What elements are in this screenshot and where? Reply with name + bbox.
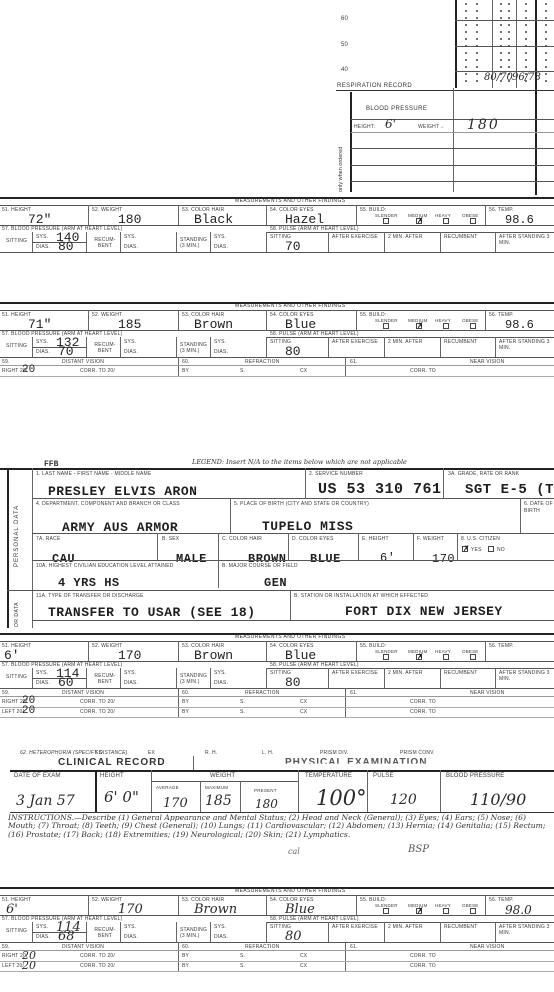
rule bbox=[266, 668, 554, 669]
right-vision-value: 20 bbox=[22, 364, 35, 376]
recumbent-label: RECUM-BENT bbox=[92, 927, 118, 939]
corr-label: CORR. TO 20/ bbox=[80, 963, 115, 969]
rule bbox=[384, 668, 385, 688]
section-title: MEASUREMENTS AND OTHER FINDINGS bbox=[235, 198, 345, 204]
height-value: 6' bbox=[385, 117, 396, 131]
chart-dot bbox=[465, 31, 467, 33]
rule bbox=[356, 641, 357, 661]
respiration-record-title: RESPIRATION RECORD bbox=[337, 83, 412, 89]
sys-label: SYS. bbox=[124, 234, 136, 240]
rule bbox=[495, 668, 496, 688]
color-hair-label: c. COLOR HAIR bbox=[222, 536, 262, 542]
rule bbox=[178, 688, 179, 717]
weight-header: WEIGHT bbox=[210, 773, 235, 779]
chart-mark: 96/78 bbox=[512, 72, 541, 83]
rule bbox=[266, 205, 267, 225]
rule bbox=[356, 895, 357, 915]
service-number-value: US 53 310 761 bbox=[318, 481, 442, 498]
rule bbox=[88, 641, 89, 661]
birthplace-label: 5. PLACE OF BIRTH (City and State or Cou… bbox=[234, 501, 369, 507]
chart-dot bbox=[508, 66, 510, 68]
es-label: ES bbox=[95, 750, 102, 756]
dias-label: DIAS. bbox=[124, 244, 138, 250]
chart-dot bbox=[465, 3, 467, 5]
build-checkbox-medium[interactable]: ✗ bbox=[416, 218, 422, 224]
sys-label: SYS. bbox=[36, 670, 48, 676]
rule bbox=[7, 468, 9, 628]
citizen-yes-checkbox[interactable]: ✗ bbox=[462, 546, 468, 552]
chart-dot bbox=[500, 31, 502, 33]
chart-dot bbox=[500, 59, 502, 61]
height-header: HEIGHT bbox=[100, 773, 124, 779]
chart-dot bbox=[508, 38, 510, 40]
rule bbox=[443, 468, 444, 498]
rule bbox=[210, 232, 211, 252]
chart-dot bbox=[500, 66, 502, 68]
station-value: FORT DIX NEW JERSEY bbox=[345, 604, 503, 619]
color-eyes-value: BLUE bbox=[310, 552, 341, 566]
build-checkbox-slender[interactable] bbox=[383, 654, 389, 660]
rule bbox=[178, 942, 179, 971]
build-checkbox-heavy[interactable] bbox=[443, 908, 449, 914]
rule bbox=[0, 365, 554, 366]
chart-gridline bbox=[455, 0, 457, 88]
rule bbox=[157, 533, 158, 560]
chart-dot bbox=[476, 45, 478, 47]
weight-value: 180 bbox=[467, 117, 500, 133]
sitting-label: SITTING bbox=[6, 674, 27, 680]
by-label: BY bbox=[182, 963, 189, 969]
sys-label: SYS. bbox=[36, 234, 48, 240]
present-value: 180 bbox=[255, 797, 278, 811]
rule bbox=[0, 688, 554, 689]
rule bbox=[351, 132, 554, 133]
recumbent-pulse-label: RECUMBENT bbox=[444, 339, 477, 345]
rule bbox=[210, 668, 211, 688]
rule bbox=[266, 668, 267, 688]
chart-dot bbox=[508, 45, 510, 47]
rule bbox=[520, 498, 521, 533]
rule bbox=[210, 922, 211, 942]
build-checkbox-obese[interactable] bbox=[470, 323, 476, 329]
rule bbox=[305, 468, 306, 498]
chart-dot bbox=[465, 45, 467, 47]
dias-label: DIAS. bbox=[124, 934, 138, 940]
recumbent-pulse-label: RECUMBENT bbox=[444, 234, 477, 240]
rule bbox=[495, 922, 496, 942]
cx-label: CX bbox=[300, 709, 307, 715]
s-label: S. bbox=[240, 953, 245, 959]
transfer-label: 11a. TYPE OF TRANSFER OR DISCHARGE bbox=[36, 593, 144, 599]
chart-dot bbox=[545, 59, 547, 61]
rule bbox=[384, 337, 385, 357]
y-tick-60: 60 bbox=[341, 16, 348, 22]
build-checkbox-slender[interactable] bbox=[383, 323, 389, 329]
ex-label: EX bbox=[148, 750, 155, 756]
rule bbox=[193, 756, 194, 770]
height-value: 6' bbox=[380, 551, 395, 565]
rule bbox=[495, 232, 496, 252]
department-label: 4. DEPARTMENT, COMPONENT AND BRANCH OR C… bbox=[36, 501, 206, 507]
build-checkbox-obese[interactable] bbox=[470, 654, 476, 660]
sys-label: SYS. bbox=[214, 234, 226, 240]
rh-label: R. H. bbox=[205, 750, 217, 756]
rule bbox=[440, 668, 441, 688]
rule bbox=[457, 533, 458, 560]
recumbent-label: RECUM-BENT bbox=[92, 673, 118, 685]
weight-label: WEIGHT→ bbox=[418, 124, 444, 130]
chart-dot bbox=[508, 59, 510, 61]
sys-label: SYS. bbox=[124, 339, 136, 345]
rule bbox=[151, 770, 152, 812]
build-checkbox-obese[interactable] bbox=[470, 908, 476, 914]
rule bbox=[345, 688, 346, 717]
rule bbox=[200, 781, 201, 812]
rule bbox=[32, 498, 554, 499]
chart-gridline bbox=[455, 46, 554, 47]
temperature-value: 100° bbox=[316, 786, 367, 810]
rule bbox=[0, 376, 554, 377]
average-value: 170 bbox=[163, 796, 188, 811]
rule bbox=[367, 770, 368, 812]
rule bbox=[0, 641, 554, 642]
rule bbox=[88, 310, 89, 330]
present-header: PRESENT bbox=[254, 788, 277, 793]
education-label: 10a. HIGHEST CIVILIAN EDUCATION LEVEL AT… bbox=[36, 563, 226, 569]
rule bbox=[86, 668, 87, 688]
rule bbox=[356, 205, 357, 225]
chart-dot bbox=[500, 10, 502, 12]
left-vision-value: 20 bbox=[22, 705, 35, 717]
corr-to-label: CORR. TO bbox=[410, 963, 436, 969]
standing-label: STANDING (3 min.) bbox=[180, 237, 210, 249]
height-label: 51. HEIGHT bbox=[2, 312, 31, 318]
section-title: MEASUREMENTS AND OTHER FINDINGS bbox=[235, 303, 345, 309]
rule bbox=[328, 337, 329, 357]
rule bbox=[151, 781, 298, 782]
after-exercise-label: AFTER EXERCISE bbox=[332, 670, 378, 676]
rule bbox=[32, 468, 33, 628]
blood-pressure-label: BLOOD PRESSURE bbox=[366, 106, 427, 112]
chart-dot bbox=[545, 17, 547, 19]
build-checkbox-medium[interactable]: ✗ bbox=[416, 323, 422, 329]
chart-dot bbox=[465, 17, 467, 19]
rule bbox=[120, 668, 121, 688]
rule bbox=[178, 895, 179, 915]
dias-label: DIAS. bbox=[124, 349, 138, 355]
pulse-header: PULSE bbox=[373, 773, 394, 779]
chart-dot bbox=[545, 3, 547, 5]
blood-pressure-value: 110/90 bbox=[470, 790, 526, 809]
corr-to-label: CORR. TO bbox=[410, 953, 436, 959]
build-checkbox-heavy[interactable] bbox=[443, 654, 449, 660]
rule bbox=[32, 533, 554, 534]
citizen-no-checkbox[interactable] bbox=[488, 546, 494, 552]
blood-pressure-header: BLOOD PRESSURE bbox=[446, 773, 504, 779]
chart-dot bbox=[508, 17, 510, 19]
sitting-label: SITTING bbox=[6, 238, 27, 244]
rule bbox=[120, 232, 121, 252]
dias-label: DIAS. bbox=[36, 934, 50, 940]
rule bbox=[95, 770, 97, 812]
rule bbox=[120, 922, 121, 942]
average-header: AVERAGE bbox=[156, 785, 179, 790]
rule bbox=[485, 895, 486, 915]
rule bbox=[240, 781, 241, 812]
sys-label: SYS. bbox=[214, 924, 226, 930]
recumbent-label: RECUM-BENT bbox=[92, 342, 118, 354]
chart-dot bbox=[465, 59, 467, 61]
chart-dot bbox=[525, 3, 527, 5]
chart-dot bbox=[500, 24, 502, 26]
chart-dot bbox=[545, 66, 547, 68]
rule bbox=[230, 498, 231, 533]
recumbent-pulse-label: RECUMBENT bbox=[444, 670, 477, 676]
sys-label: SYS. bbox=[214, 339, 226, 345]
heterophoria-label: 62. HETEROPHORIA (Specify distance) bbox=[20, 750, 127, 756]
rule bbox=[88, 895, 89, 915]
chart-gridline bbox=[455, 20, 554, 21]
prism-div-label: PRISM DIV. bbox=[320, 750, 349, 756]
chart-border bbox=[453, 88, 454, 192]
build-checkbox-slender[interactable] bbox=[383, 908, 389, 914]
by-label: BY bbox=[182, 699, 189, 705]
clinical-record: 62. HETEROPHORIA (Specify distance) ES E… bbox=[0, 748, 554, 863]
standing-label: STANDING (3 min.) bbox=[180, 927, 210, 939]
recumbent-label: RECUM-BENT bbox=[92, 237, 118, 249]
after-exercise-label: AFTER EXERCISE bbox=[332, 234, 378, 240]
rule bbox=[266, 310, 267, 330]
date-header: DATE OF EXAM bbox=[14, 773, 61, 779]
chart-dot bbox=[525, 59, 527, 61]
rule bbox=[218, 560, 219, 588]
sys-label: SYS. bbox=[124, 924, 136, 930]
scribble: BSP bbox=[408, 844, 429, 855]
legend-text: LEGEND: Insert N/A to the items below wh… bbox=[192, 458, 407, 466]
rule bbox=[495, 337, 496, 357]
chart-dot bbox=[465, 66, 467, 68]
major-value: GEN bbox=[264, 576, 287, 590]
chart-dot bbox=[465, 24, 467, 26]
rule bbox=[32, 560, 554, 561]
recumbent-pulse-label: RECUMBENT bbox=[444, 924, 477, 930]
chart-dot bbox=[465, 73, 467, 75]
build-checkbox-slender[interactable] bbox=[383, 218, 389, 224]
corr-to-label: CORR. TO bbox=[410, 709, 436, 715]
chart-dot bbox=[476, 31, 478, 33]
personal-data-form: FFB LEGEND: Insert N/A to the items belo… bbox=[0, 455, 554, 627]
rule bbox=[298, 770, 299, 812]
rule bbox=[485, 310, 486, 330]
chart-dot bbox=[508, 52, 510, 54]
build-checkbox-medium[interactable]: ✗ bbox=[416, 654, 422, 660]
rule bbox=[384, 922, 385, 942]
section-title: MEASUREMENTS AND OTHER FINDINGS bbox=[235, 634, 345, 640]
build-checkbox-heavy[interactable] bbox=[443, 218, 449, 224]
chart-dot bbox=[476, 80, 478, 82]
rule bbox=[0, 961, 554, 962]
maximum-header: MAXIMUM bbox=[205, 785, 228, 790]
chart-dot bbox=[525, 24, 527, 26]
rule bbox=[485, 641, 486, 661]
rule bbox=[328, 922, 329, 942]
chart-dot bbox=[465, 80, 467, 82]
measurements-form-a: MEASUREMENTS AND OTHER FINDINGS51. HEIGH… bbox=[0, 197, 554, 249]
rule bbox=[88, 205, 89, 225]
chart-dot bbox=[545, 31, 547, 33]
after-standing-label: AFTER STANDING 3 MIN. bbox=[499, 670, 554, 682]
chart-dot bbox=[545, 80, 547, 82]
rule bbox=[0, 707, 554, 708]
build-checkbox-medium[interactable]: ✗ bbox=[416, 908, 422, 914]
dias-label: DIAS. bbox=[36, 244, 50, 250]
rule bbox=[120, 337, 121, 357]
rule bbox=[210, 337, 211, 357]
standing-label: STANDING (3 min.) bbox=[180, 342, 210, 354]
height-label: 51. HEIGHT bbox=[2, 207, 31, 213]
measurements-form-b: MEASUREMENTS AND OTHER FINDINGS51. HEIGH… bbox=[0, 302, 554, 402]
sitting-label: SITTING bbox=[6, 343, 27, 349]
sys-label: SYS. bbox=[214, 670, 226, 676]
citizen-no-label: NO bbox=[497, 547, 505, 553]
color-eyes-label: d. COLOR EYES bbox=[292, 536, 334, 542]
grade-value: SGT E-5 (T) bbox=[465, 482, 554, 498]
rule bbox=[440, 337, 441, 357]
chart-dot bbox=[525, 66, 527, 68]
dob-label: 6. DATE OF BIRTH bbox=[524, 501, 554, 515]
dias-label: DIAS. bbox=[36, 349, 50, 355]
rule bbox=[86, 337, 87, 357]
weight-value: 170 bbox=[432, 552, 455, 566]
rule bbox=[0, 950, 554, 951]
s-label: S. bbox=[240, 699, 245, 705]
s-label: S. bbox=[240, 963, 245, 969]
build-checkbox-heavy[interactable] bbox=[443, 323, 449, 329]
personal-data-side-label: PERSONAL DATA bbox=[14, 505, 20, 567]
dias-label: DIAS. bbox=[214, 349, 228, 355]
transfer-value: TRANSFER TO USAR (SEE 18) bbox=[48, 605, 256, 620]
rule bbox=[10, 770, 554, 772]
rule bbox=[176, 232, 177, 252]
rule bbox=[178, 641, 179, 661]
rule bbox=[176, 668, 177, 688]
rule bbox=[485, 205, 486, 225]
after-standing-label: AFTER STANDING 3 MIN. bbox=[499, 339, 554, 351]
rule bbox=[86, 922, 87, 942]
measurements-form-c: MEASUREMENTS AND OTHER FINDINGS51. HEIGH… bbox=[0, 633, 554, 753]
rule bbox=[0, 696, 554, 697]
chart-dot bbox=[545, 45, 547, 47]
build-checkbox-obese[interactable] bbox=[470, 218, 476, 224]
measurements-form-d: MEASUREMENTS AND OTHER FINDINGS51. HEIGH… bbox=[0, 887, 554, 992]
rule bbox=[356, 310, 357, 330]
citizen-yes-label: YES bbox=[471, 547, 482, 553]
side-label-2: OR DATA bbox=[14, 602, 20, 627]
rule bbox=[178, 310, 179, 330]
chart-dot bbox=[508, 24, 510, 26]
rule bbox=[288, 533, 289, 560]
rule bbox=[7, 590, 554, 591]
chart-dot bbox=[500, 17, 502, 19]
y-tick-50: 50 bbox=[341, 42, 348, 48]
chart-dot bbox=[525, 38, 527, 40]
chart-dot bbox=[500, 38, 502, 40]
rule bbox=[266, 895, 267, 915]
rule bbox=[178, 205, 179, 225]
instructions-text: INSTRUCTIONS.—Describe (1) General Appea… bbox=[8, 814, 548, 839]
rule bbox=[0, 468, 554, 470]
rule bbox=[351, 165, 554, 166]
sys-label: SYS. bbox=[36, 339, 48, 345]
chart-dot bbox=[465, 52, 467, 54]
chart-dot bbox=[500, 45, 502, 47]
rule bbox=[328, 232, 329, 252]
left-vision-label: LEFT 20/ bbox=[2, 963, 24, 969]
chart-baseline bbox=[336, 90, 554, 91]
chart-mark: 80/70 bbox=[484, 72, 513, 83]
date-value: 3 Jan 57 bbox=[16, 793, 75, 809]
rule bbox=[351, 148, 554, 149]
chart-dot bbox=[545, 38, 547, 40]
corr-label: CORR. TO 20/ bbox=[80, 709, 115, 715]
rule bbox=[413, 533, 414, 560]
chart-dot bbox=[476, 10, 478, 12]
education-value: 4 YRS HS bbox=[58, 576, 120, 590]
weight-label: f. WEIGHT bbox=[417, 536, 444, 542]
chart-dot bbox=[545, 52, 547, 54]
after-standing-label: AFTER STANDING 3 MIN. bbox=[499, 924, 554, 936]
chart-dot bbox=[476, 24, 478, 26]
citizen-label: 8. U.S. CITIZEN bbox=[461, 536, 500, 542]
birthplace-value: TUPELO MISS bbox=[262, 519, 353, 534]
s-label: S. bbox=[240, 709, 245, 715]
rule bbox=[290, 590, 291, 620]
corr-label: CORR. TO 20/ bbox=[80, 368, 115, 374]
left-vision-label: LEFT 20/ bbox=[2, 709, 24, 715]
rule bbox=[176, 337, 177, 357]
chart-dot bbox=[476, 73, 478, 75]
rule bbox=[440, 232, 441, 252]
temperature-header: TEMPERATURE bbox=[305, 773, 352, 779]
rule bbox=[345, 357, 346, 376]
rule bbox=[266, 641, 267, 661]
rule bbox=[178, 357, 179, 376]
rule bbox=[0, 357, 554, 358]
rule bbox=[328, 668, 329, 688]
name-value: PRESLEY ELVIS ARON bbox=[48, 484, 197, 499]
dias-label: DIAS. bbox=[214, 680, 228, 686]
height-value: 6' 0" bbox=[104, 788, 139, 806]
rule bbox=[266, 232, 554, 233]
lh-label: L. H. bbox=[262, 750, 274, 756]
prism-conv-label: PRISM CONV. bbox=[400, 750, 435, 756]
y-tick-40: 40 bbox=[341, 67, 348, 73]
chart-dot bbox=[476, 66, 478, 68]
section-title: MEASUREMENTS AND OTHER FINDINGS bbox=[235, 888, 345, 894]
chart-dot bbox=[525, 17, 527, 19]
cx-label: CX bbox=[300, 368, 307, 374]
dias-label: DIAS. bbox=[124, 680, 138, 686]
rule bbox=[266, 922, 554, 923]
chart-dot bbox=[476, 38, 478, 40]
after-exercise-label: AFTER EXERCISE bbox=[332, 339, 378, 345]
height-label: HEIGHT: bbox=[354, 124, 375, 130]
rule bbox=[440, 922, 441, 942]
chart-dot bbox=[525, 52, 527, 54]
physical-exam-title: PHYSICAL EXAMINATION bbox=[285, 757, 427, 768]
by-label: BY bbox=[182, 709, 189, 715]
chart-dot bbox=[500, 52, 502, 54]
